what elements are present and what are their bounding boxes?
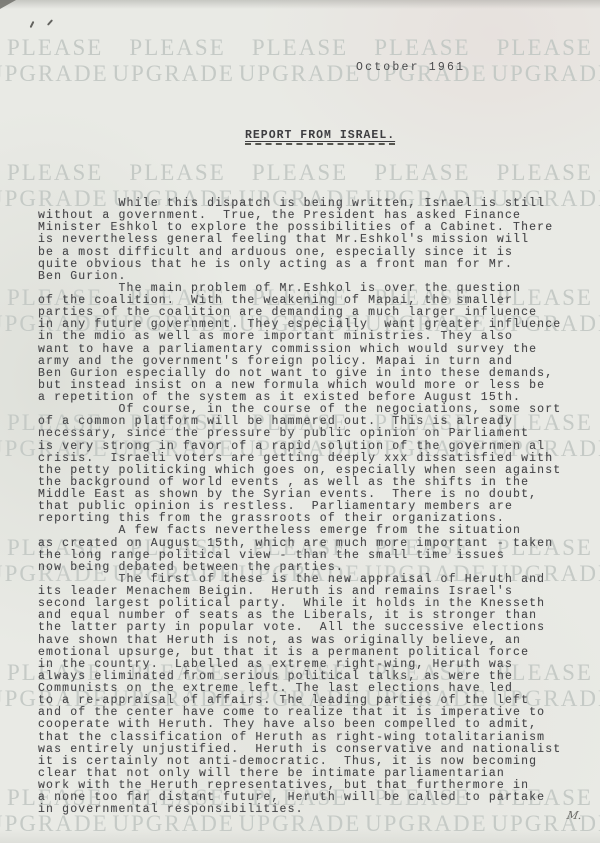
watermark-text: PLEASE xyxy=(129,161,225,184)
watermark-text: PLEASE xyxy=(497,161,593,184)
watermark-text: PLEASE xyxy=(497,36,593,59)
pen-mark xyxy=(30,21,35,28)
handwritten-page-annotation: M. xyxy=(566,809,583,822)
watermark-text: PLEASE xyxy=(7,161,103,184)
watermark-row: UPGRADEUPGRADEUPGRADEUPGRADEUPGRADE xyxy=(0,62,600,85)
watermark-text: PLEASE xyxy=(252,161,348,184)
document-body: While this dispatch is being written, Is… xyxy=(38,198,561,816)
watermark-text: PLEASE xyxy=(374,36,470,59)
watermark-text: UPGRADE xyxy=(0,62,109,85)
watermark-row: PLEASEPLEASEPLEASEPLEASEPLEASE xyxy=(7,161,593,184)
watermark-text: UPGRADE xyxy=(112,62,235,85)
pen-mark xyxy=(47,19,53,26)
watermark-text: UPGRADE xyxy=(239,62,362,85)
watermark-text: PLEASE xyxy=(7,36,103,59)
document-date: October 1961 xyxy=(356,61,465,74)
document-title: REPORT FROM ISRAEL. xyxy=(245,129,395,145)
watermark-text: PLEASE xyxy=(129,36,225,59)
scan-corner-artifact xyxy=(0,0,16,9)
watermark-text: PLEASE xyxy=(252,36,348,59)
watermark-text: PLEASE xyxy=(374,161,470,184)
watermark-row: PLEASEPLEASEPLEASEPLEASEPLEASE xyxy=(7,36,593,59)
watermark-text: UPGRADE xyxy=(491,62,600,85)
scanned-document-page: PLEASEPLEASEPLEASEPLEASEPLEASEUPGRADEUPG… xyxy=(0,0,600,843)
